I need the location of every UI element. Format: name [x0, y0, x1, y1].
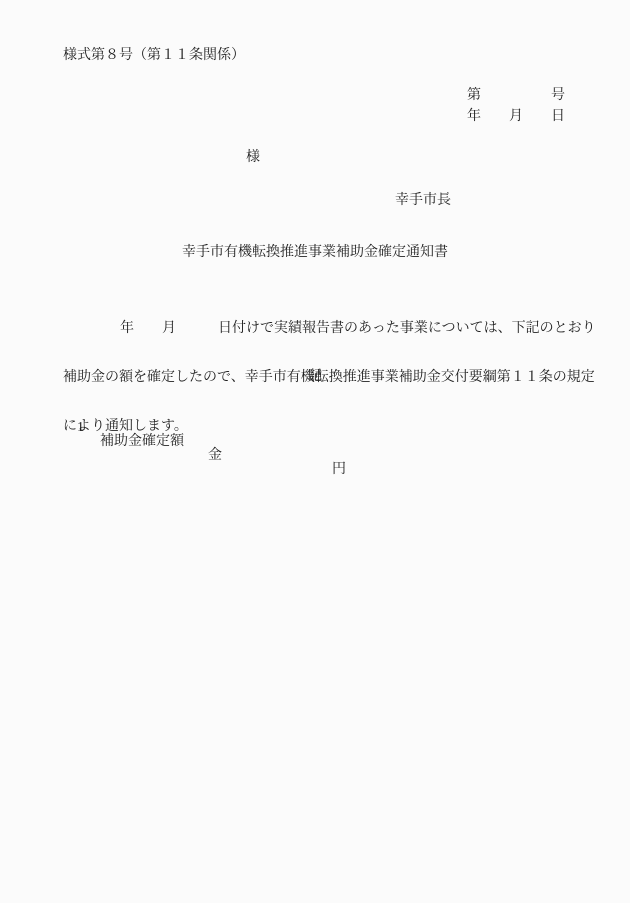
- addressee-suffix: 様: [246, 151, 260, 165]
- document-number-line: 第 号: [467, 89, 565, 103]
- form-number: 様式第８号（第１１条関係）: [63, 49, 245, 63]
- currency-prefix: 金: [208, 449, 222, 463]
- body-line-1: 年 月 日付けで実績報告書のあった事業については、下記のとおり: [63, 318, 608, 339]
- sender-name: 幸手市長: [395, 194, 451, 208]
- ki-heading: 記: [0, 370, 630, 384]
- subsidy-amount-row: 1 補助金確定額 金 円: [0, 407, 630, 425]
- currency-suffix: 円: [332, 463, 346, 477]
- date-line: 年 月 日: [467, 110, 565, 124]
- document-title: 幸手市有機転換推進事業補助金確定通知書: [0, 246, 630, 260]
- item-number: 1: [77, 421, 84, 435]
- item-label: 補助金確定額: [100, 435, 184, 449]
- document-page: 様式第８号（第１１条関係） 第 号 年 月 日 様 幸手市長 幸手市有機転換推進…: [0, 0, 630, 903]
